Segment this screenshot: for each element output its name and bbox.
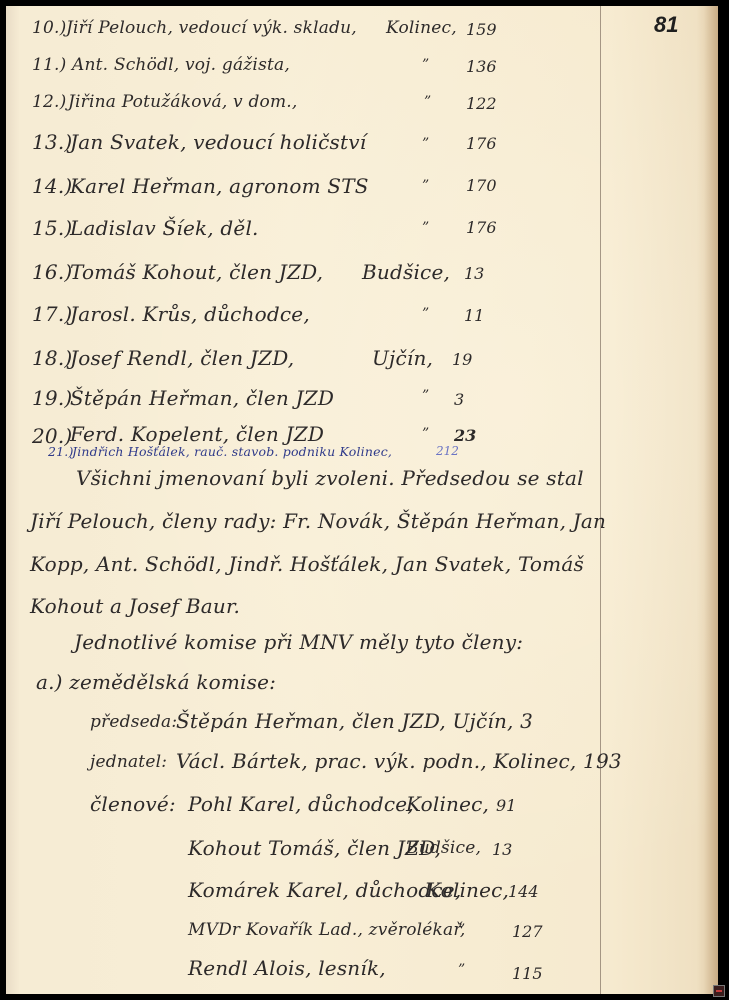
list-index: 12.) xyxy=(32,92,66,112)
list-index: 14.) xyxy=(32,174,72,198)
list-number: 11 xyxy=(464,306,484,325)
list-number: 176 xyxy=(466,134,497,153)
ditto-mark: ” xyxy=(422,306,429,322)
paragraph-line: Kohout a Josef Baur. xyxy=(30,594,240,618)
list-text: Karel Heřman, agronom STS xyxy=(70,174,369,198)
list-index: 10.) xyxy=(32,18,66,38)
member-place: Kolinec, xyxy=(406,792,489,816)
list-text: Tomáš Kohout, člen JZD, xyxy=(70,260,323,284)
ditto-mark: ” xyxy=(422,136,429,152)
list-index: 16.) xyxy=(32,260,72,284)
members-label: členové: xyxy=(90,792,176,816)
list-index: 21.) xyxy=(48,444,74,459)
chronicle-page: 81 10.) Jiří Pelouch, vedoucí výk. sklad… xyxy=(6,6,718,994)
list-number: 212 xyxy=(436,444,459,458)
list-text: Ferd. Kopelent, člen JZD xyxy=(70,422,324,446)
secretary-label: jednatel: xyxy=(90,752,167,772)
list-text: Ladislav Šíek, děl. xyxy=(70,216,259,240)
list-index: 17.) xyxy=(32,302,72,326)
member-text: Rendl Alois, lesník, xyxy=(188,956,386,980)
page-number: 81 xyxy=(654,12,678,38)
minimize-icon[interactable] xyxy=(713,985,725,997)
member-place: Budšice, xyxy=(406,838,481,858)
list-number: 3 xyxy=(454,390,464,409)
list-place: Ujčín, xyxy=(372,346,433,370)
paragraph-line: Všichni jmenovaní byli zvoleni. Předsedo… xyxy=(76,466,584,490)
member-place: Kolinec, xyxy=(426,878,509,902)
ditto-mark: ” xyxy=(424,94,431,110)
list-text: Jindřich Hošťálek, rauč. stavob. podniku… xyxy=(72,444,392,459)
chair-value: Štěpán Heřman, člen JZD, Ujčín, 3 xyxy=(176,709,533,733)
commissions-intro: Jednotlivé komise při MNV měly tyto člen… xyxy=(74,630,523,654)
ditto-mark: ” xyxy=(458,962,465,978)
ditto-mark: ” xyxy=(422,388,429,404)
member-number: 91 xyxy=(496,796,516,815)
member-number: 127 xyxy=(512,922,543,941)
list-index: 15.) xyxy=(32,216,72,240)
list-number: 122 xyxy=(466,94,497,113)
member-number: 144 xyxy=(508,882,539,901)
margin-line xyxy=(600,6,601,994)
list-index: 19.) xyxy=(32,386,72,410)
ditto-mark: ” xyxy=(422,178,429,194)
member-text: MVDr Kovařík Lad., zvěrolékař, xyxy=(188,920,465,940)
list-number: 19 xyxy=(452,350,472,369)
list-place: Kolinec, xyxy=(386,18,457,38)
list-text: Jiřina Potužáková, v dom., xyxy=(68,92,298,112)
chair-label: předseda: xyxy=(90,712,177,732)
member-number: 115 xyxy=(512,964,543,983)
list-place: Budšice, xyxy=(362,260,450,284)
list-number: 23 xyxy=(454,426,476,445)
member-number: 13 xyxy=(492,840,512,859)
commission-title: a.) zemědělská komise: xyxy=(36,670,276,694)
member-text: Pohl Karel, důchodce, xyxy=(188,792,414,816)
list-index: 13.) xyxy=(32,130,72,154)
list-text: Josef Rendl, člen JZD, xyxy=(70,346,294,370)
member-text: Komárek Karel, důchodce, xyxy=(188,878,461,902)
list-text: Jiří Pelouch, vedoucí výk. skladu, xyxy=(66,18,357,38)
list-number: 170 xyxy=(466,176,497,195)
list-text: Jarosl. Krůs, důchodce, xyxy=(70,302,310,326)
ditto-mark: ” xyxy=(422,220,429,236)
list-index: 18.) xyxy=(32,346,72,370)
list-number: 136 xyxy=(466,57,497,76)
ditto-mark: ” xyxy=(458,922,465,938)
list-text: Štěpán Heřman, člen JZD xyxy=(70,386,334,410)
ditto-mark: ” xyxy=(422,57,429,73)
member-text: Kohout Tomáš, člen JZD, xyxy=(188,836,441,860)
list-number: 176 xyxy=(466,218,497,237)
list-text: Jan Svatek, vedoucí holičství xyxy=(70,130,366,154)
list-number: 159 xyxy=(466,20,497,39)
list-number: 13 xyxy=(464,264,484,283)
list-index: 11.) xyxy=(32,55,66,75)
paragraph-line: Kopp, Ant. Schödl, Jindř. Hošťálek, Jan … xyxy=(30,552,584,576)
spine-shadow xyxy=(704,6,718,994)
list-text: Ant. Schödl, voj. gážista, xyxy=(72,55,290,75)
paragraph-line: Jiří Pelouch, členy rady: Fr. Novák, Ště… xyxy=(30,509,606,533)
secretary-value: Václ. Bártek, prac. výk. podn., Kolinec,… xyxy=(176,749,622,773)
ditto-mark: ” xyxy=(422,426,429,442)
